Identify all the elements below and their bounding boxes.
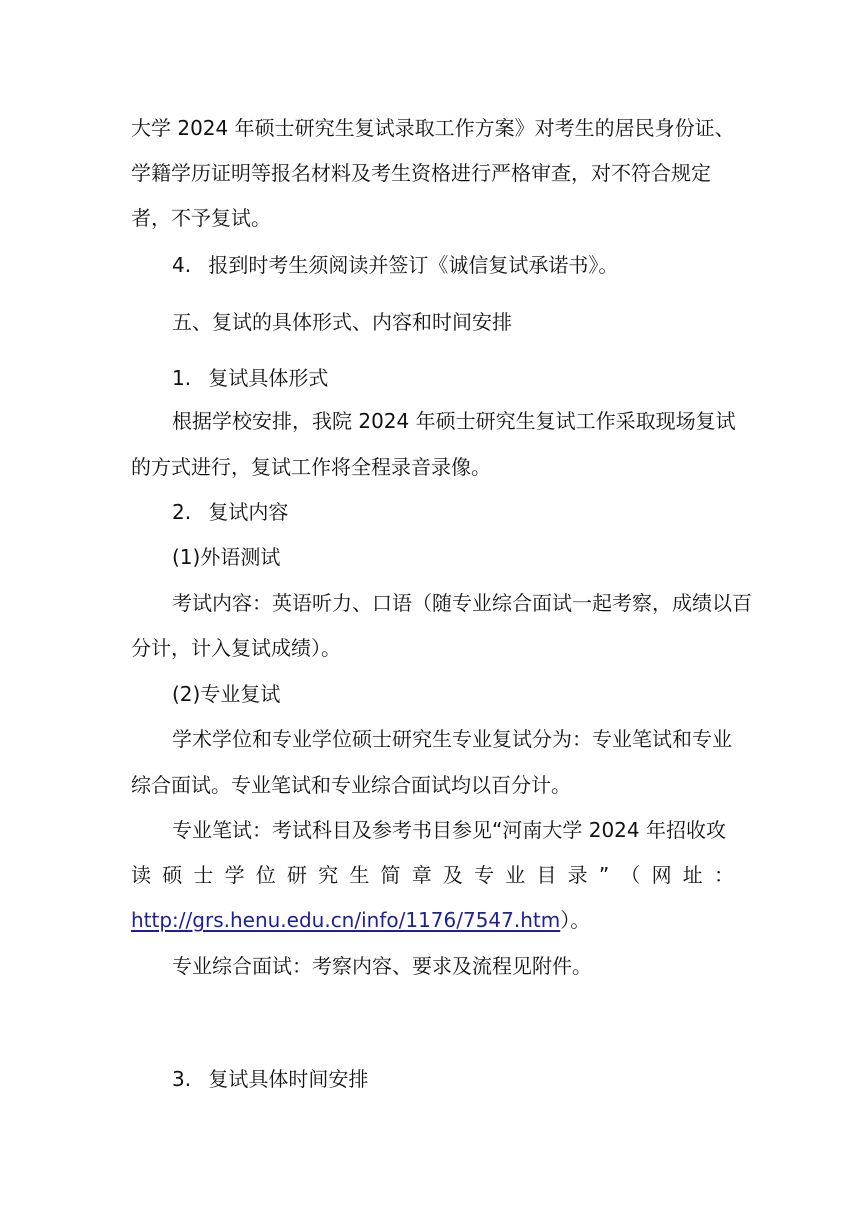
char: 及: [443, 863, 463, 887]
list-text: 复试具体形式: [208, 366, 328, 390]
list-number: 2.: [172, 500, 202, 524]
justified-line: 读 硕 士 学 位 研 究 生 简 章 及 专 业 目 录 ” （ 网 址 ：: [131, 863, 734, 887]
subheading-foreign-language: (1)外语测试: [172, 545, 280, 569]
char: 位: [256, 863, 276, 887]
char: 址: [683, 863, 703, 887]
list-item-4: 4. 报到时考生须阅读并签订《诚信复试承诺书》。: [172, 253, 618, 277]
paragraph-line: http://grs.henu.edu.cn/info/1176/7547.ht…: [131, 908, 590, 932]
paragraph-line: 大学 2024 年硕士研究生复试录取工作方案》对考生的居民身份证、: [131, 116, 735, 140]
list-item-1: 1. 复试具体形式: [172, 366, 328, 390]
char: 生: [349, 863, 369, 887]
char: 录: [568, 863, 588, 887]
paragraph-line: 分计，计入复试成绩）。: [131, 636, 341, 660]
list-text: 复试具体时间安排: [208, 1067, 368, 1091]
char: 士: [193, 863, 213, 887]
link-tail: ）。: [560, 908, 590, 932]
reference-link[interactable]: http://grs.henu.edu.cn/info/1176/7547.ht…: [131, 908, 560, 932]
paragraph-line: 者，不予复试。: [131, 206, 271, 230]
char: （: [620, 863, 640, 887]
char: ：: [714, 863, 734, 887]
char: 业: [505, 863, 525, 887]
paragraph-line: 考试内容：英语听力、口语（随专业综合面试一起考察，成绩以百: [172, 591, 752, 615]
paragraph-line: 综合面试。专业笔试和专业综合面试均以百分计。: [131, 773, 571, 797]
list-item-3: 3. 复试具体时间安排: [172, 1067, 368, 1091]
char: 章: [412, 863, 432, 887]
section-heading: 五、复试的具体形式、内容和时间安排: [172, 310, 512, 334]
char: 网: [652, 863, 672, 887]
char: 研: [287, 863, 307, 887]
paragraph-line: 根据学校安排，我院 2024 年硕士研究生复试工作采取现场复试: [172, 409, 736, 433]
list-text: 复试内容: [208, 500, 288, 524]
char: 学: [225, 863, 245, 887]
list-item-2: 2. 复试内容: [172, 500, 288, 524]
paragraph-line: 专业笔试：考试科目及参考书目参见“河南大学 2024 年招收攻: [172, 818, 726, 842]
paragraph-line: 的方式进行，复试工作将全程录音录像。: [131, 455, 491, 479]
list-number: 4.: [172, 253, 202, 277]
char: 硕: [162, 863, 182, 887]
char: 简: [381, 863, 401, 887]
list-number: 3.: [172, 1067, 202, 1091]
char: 究: [318, 863, 338, 887]
paragraph-line: 专业综合面试：考察内容、要求及流程见附件。: [172, 954, 592, 978]
subheading-professional: (2)专业复试: [172, 682, 280, 706]
char: 目: [536, 863, 556, 887]
char: 专: [474, 863, 494, 887]
char: 读: [131, 863, 151, 887]
paragraph-line: 学籍学历证明等报名材料及考生资格进行严格审查，对不符合规定: [131, 161, 711, 185]
list-text: 报到时考生须阅读并签订《诚信复试承诺书》。: [208, 253, 618, 277]
list-number: 1.: [172, 366, 202, 390]
paragraph-line: 学术学位和专业学位硕士研究生专业复试分为：专业笔试和专业: [172, 727, 732, 751]
char: ”: [599, 863, 609, 887]
